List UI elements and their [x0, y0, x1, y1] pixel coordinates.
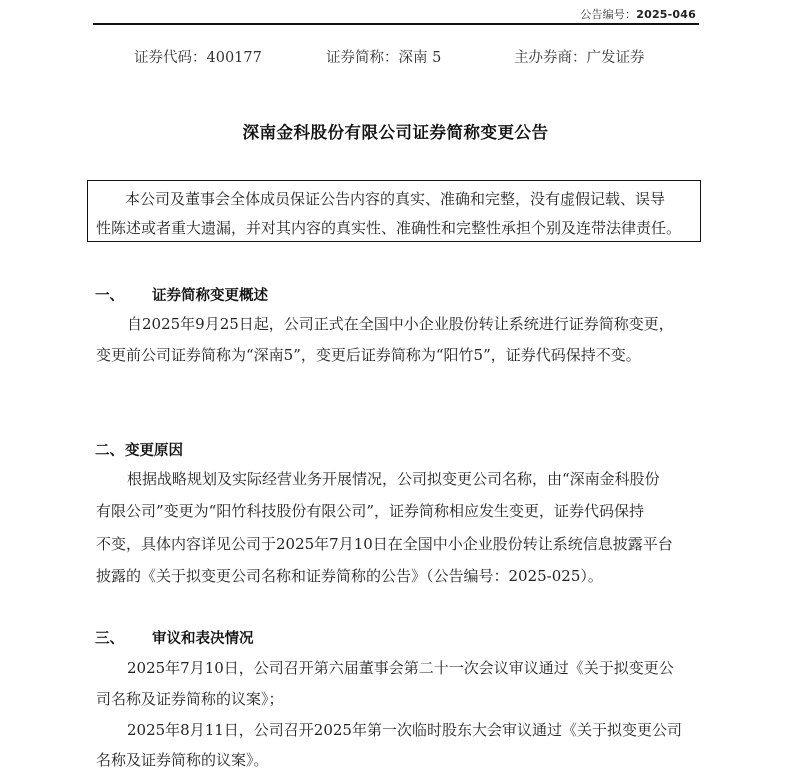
disclaimer-box: 本公司及董事会全体成员保证公告内容的真实、准确和完整，没有虚假记载、误导 性陈述…: [87, 180, 701, 242]
section-title: 变更原因: [125, 439, 183, 460]
paragraph-line: 2025年8月11日，公司召开2025年第一次临时股东大会审议通过《关于拟变更公…: [127, 719, 682, 740]
paragraph-line: 司名称及证券简称的议案》；: [96, 688, 284, 709]
security-abbreviation: 证券简称：深南 5: [326, 46, 441, 67]
announcement-number-label: 公告编号：: [580, 8, 636, 21]
document-title: 深南金科股份有限公司证券简称变更公告: [0, 119, 791, 143]
paragraph-line: 披露的《关于拟变更公司名称和证券简称的公告》（公告编号：2025-025）。: [96, 565, 603, 586]
sponsor-broker: 主办券商：广发证券: [514, 46, 645, 67]
announcement-number-value: 2025-046: [636, 8, 696, 21]
paragraph-line: 名称及证券简称的议案》。: [96, 749, 269, 770]
section-number: 一、: [95, 284, 124, 305]
header-divider: [93, 23, 699, 25]
section-title: 审议和表决情况: [152, 627, 254, 648]
section-title: 证券简称变更概述: [152, 284, 268, 305]
section-number: 三、: [95, 627, 124, 648]
section-heading-3: 三、 审议和表决情况: [95, 627, 124, 648]
paragraph-line: 有限公司”变更为“阳竹科技股份有限公司”，证券简称相应发生变更，证券代码保持: [96, 500, 644, 521]
section-number: 二、: [95, 439, 124, 460]
security-code: 证券代码：400177: [134, 46, 262, 67]
paragraph-line: 自2025年9月25日起，公司正式在全国中小企业股份转让系统进行证券简称变更，: [127, 313, 674, 334]
section-heading-1: 一、 证券简称变更概述: [95, 284, 124, 305]
disclaimer-line-2: 性陈述或者重大遗漏，并对其内容的真实性、准确性和完整性承担个别及连带法律责任。: [96, 217, 681, 238]
paragraph-line: 根据战略规划及实际经营业务开展情况，公司拟变更公司名称，由“深南金科股份: [127, 468, 660, 489]
section-heading-2: 二、 变更原因: [95, 439, 124, 460]
announcement-number: 公告编号：2025-046: [580, 6, 696, 22]
paragraph-line: 变更前公司证券简称为“深南5”，变更后证券简称为“阳竹5”，证券代码保持不变。: [96, 344, 641, 365]
disclaimer-line-1: 本公司及董事会全体成员保证公告内容的真实、准确和完整，没有虚假记载、误导: [125, 188, 665, 209]
paragraph-line: 2025年7月10日，公司召开第六届董事会第二十一次会议审议通过《关于拟变更公: [127, 657, 674, 678]
paragraph-line: 不变，具体内容详见公司于2025年7月10日在全国中小企业股份转让系统信息披露平…: [96, 533, 673, 554]
